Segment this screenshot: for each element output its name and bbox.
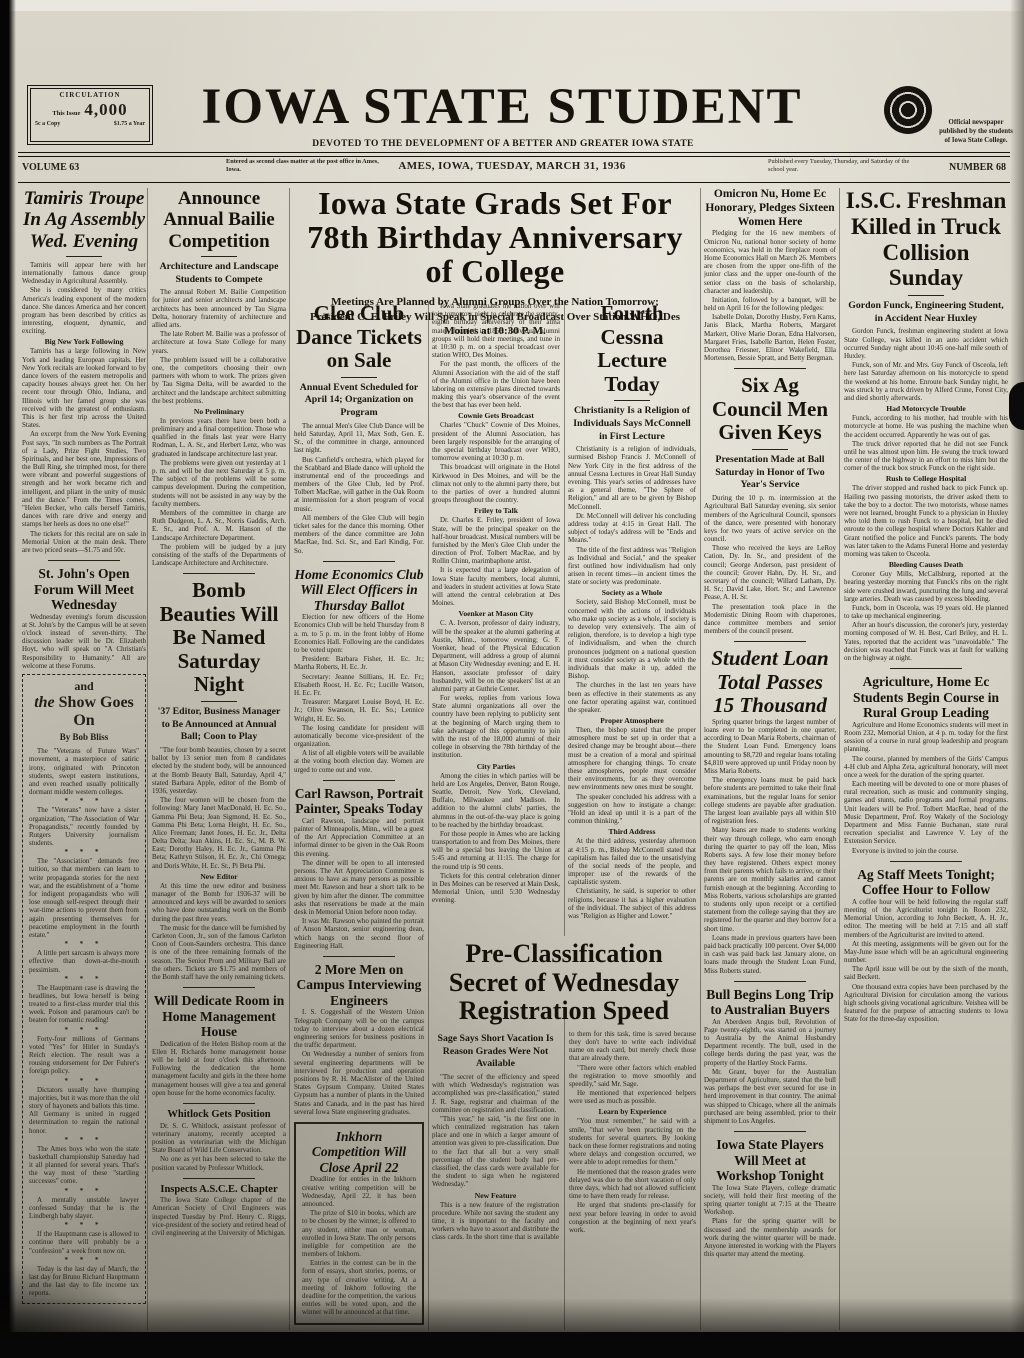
paragraph: C. A. Iverson, professor of dairy indust… [432,619,560,693]
column-divider [700,188,701,1330]
paragraph: Funck, born in Osceola, was 19 years old… [844,604,1008,620]
paragraph: It is expected that a large delegation o… [432,566,560,607]
paragraph: For the past month, the officers of the … [432,360,560,409]
paragraph: For weeks, replies from various Iowa Sta… [432,694,560,760]
article-body: Pledging for the 16 new members of Omicr… [704,229,836,362]
article-subhead: No Preliminary [152,407,286,416]
dateline: AMES, IOWA, TUESDAY, MARCH 31, 1936 [312,160,712,172]
paragraph: Tamiris will appear here with her intern… [22,261,146,286]
article-body: Christianity is a religion of individual… [568,445,696,920]
paragraph: Funck, according to his mother, had trou… [844,414,1008,439]
paragraph: Dedication of the Helen Bishop room at t… [152,1040,286,1097]
article-interviewing-engineers: 2 More Men on Campus Interviewing Engine… [294,962,424,1116]
article-subhead: Had Motorcycle Trouble [844,404,1008,413]
article-body: I. S. Coggeshall of the Western Union Te… [294,1008,424,1115]
article-carl-rawson: Carl Rawson, Portrait Painter, Speaks To… [294,786,424,950]
paragraph: Dr. Charles E. Friley, president of Iowa… [432,516,560,565]
paragraph: At this time the new editor and business… [152,882,286,923]
paragraph: Many loans are made to students working … [704,826,836,932]
article-headline: Omicron Nu, Home Ec Honorary, Pledges Si… [704,188,836,229]
paragraph: Isabelle Dolan, Dorothy Husby, Fern Karn… [704,313,836,362]
article-glee-club-dance: Glee Club Dance Tickets on Sale Annual E… [294,302,424,555]
article-headline: 2 More Men on Campus Interviewing Engine… [294,962,424,1009]
paragraph: Each meeting will be devoted to one or m… [844,780,1008,846]
paragraph: Secretary: Jeanne Stillians, H. Ec. Fr.;… [294,673,424,698]
paragraph: Wednesday evening's forum discussion at … [22,613,146,670]
article-body: The Iowa State College chapter of the Am… [152,1196,286,1237]
article-headline: Carl Rawson, Portrait Painter, Speaks To… [294,786,424,817]
paragraph: The "Association" demands free tuition, … [29,857,139,939]
article-subhead: Proper Atmosphere [568,716,696,725]
column-divider [428,302,429,1330]
column-divider [564,302,565,936]
article-body: Election for new officers of the Home Ec… [294,613,424,774]
article-body: An Aberdeen Angus bull, Revolution of Pa… [704,1018,836,1125]
circulation-issue-label: This Issue [52,110,80,117]
paragraph: Christianity, he said, is superior to ot… [568,887,696,920]
article-subhead: Cownie Gets Broadcast [432,411,560,420]
article-body: Wednesday evening's forum discussion at … [22,613,146,670]
article-divider [323,956,395,957]
head-rule [752,449,788,450]
article-body: Dedication of the Helen Bishop room at t… [152,1040,286,1097]
article-divider [890,861,962,862]
paragraph: The "Veterans" now have a sister organiz… [29,806,139,847]
article-body: Carl Rawson, landscape and portrait pain… [294,817,424,950]
article-body: Tamiris will appear here with her intern… [22,261,146,554]
column-title: the Show Goes On [29,694,139,729]
paragraph: The speaker concluded his address with a… [568,793,696,826]
article-headline: Home Economics Club Will Elect Officers … [294,567,424,614]
circulation-label: CIRCULATION [35,91,145,99]
article-headline: Tamiris Troupe In Ag Assembly Wed. Eveni… [22,188,146,252]
paragraph: He mentioned that the reason grades were… [569,1168,696,1201]
article-headline: Bull Begins Long Trip to Australian Buye… [704,987,836,1018]
masthead-rule [18,152,1010,157]
paragraph: Christianity is a religion of individual… [568,445,696,511]
circulation-issue-value: 4,000 [84,100,127,120]
paragraph: A little pert sarcasm is always more eff… [29,949,139,974]
article-headline: Inkhorn Competition Will Close April 22 [302,1129,416,1176]
paragraph: "This year," he said, "is the first one … [432,1115,559,1189]
paragraph: Members of the committee in charge are R… [152,509,286,542]
article-divider [183,573,255,574]
paragraph: Agriculture and Home Economics students … [844,721,1008,754]
article-headline: Whitlock Gets Position [152,1109,286,1122]
article-subhead: Bleeding Causes Death [844,560,1008,569]
number-label: NUMBER 68 [949,162,1006,173]
article-bomb-beauties: Bomb Beauties Will Be Named Saturday Nig… [152,579,286,981]
article-headline: Fourth Cessna Lecture Today [568,302,696,396]
paragraph: Treasurer: Margaret Louise Boyd, H. Ec. … [294,698,424,723]
article-divider [323,780,395,781]
paragraph: Charles "Chuck" Cownie of Des Moines, pr… [432,421,560,462]
article-deck: Gordon Funck, Engineering Student, in Ac… [846,300,1006,325]
head-rule [201,701,237,702]
paragraph: The problems were given out yesterday at… [152,459,286,508]
paragraph: Forty-four millions of Germans voted "Ye… [29,1035,139,1076]
article-subhead: New Feature [432,1191,559,1200]
paragraph: She is considered by many critics Americ… [22,286,146,335]
official-note: Official newspaper published by the stud… [938,118,1014,146]
article-subhead: Big New York Following [22,337,146,346]
paragraph: The Ames boys who won the state basketba… [29,1145,139,1186]
scan-edge-right [1010,0,1024,1358]
article-headline: Ag Staff Meets Tonight; Coffee Hour to F… [844,867,1008,898]
column-byline: By Bob Bliss [29,732,139,742]
paragraph: Carl Rawson, landscape and portrait pain… [294,817,424,858]
article-divider [734,368,806,369]
article-deck: Christianity Is a Religion of Individual… [570,405,694,443]
paragraph: Election for new officers of the Home Ec… [294,613,424,654]
stars-separator: * * * [29,1187,139,1195]
scan-edge-bottom [0,1332,1024,1358]
article-divider [183,1103,255,1104]
article-body: The annual Men's Glee Club Dance will be… [294,422,424,555]
head-rule [66,256,102,257]
paragraph: Tamiris has a large following in New Yor… [22,347,146,429]
paragraph: The music for the dance will be furnishe… [152,924,286,981]
paragraph: Iowa State graduates the nation over wil… [432,302,560,359]
stars-separator: * * * [29,1136,139,1144]
column-divider [147,188,148,1330]
paragraph: Tickets for this central celebration din… [432,872,560,905]
newspaper-title: IOWA STATE STUDENT [178,82,826,133]
paragraph: Among the cities in which parties will b… [432,772,560,829]
scan-blot [1009,382,1024,430]
column-body: The "Veterans of Future Wars" movement, … [29,747,139,1297]
paragraph: "You must remember," he said with a smil… [569,1117,696,1166]
paragraph: Bus Canfield's orchestra, which played f… [294,456,424,513]
article-divider [734,641,806,642]
article-subhead: City Parties [432,762,560,771]
paragraph: The problem will be judged by a jury con… [152,543,286,568]
head-rule [908,295,944,296]
article-bull-australia: Bull Begins Long Trip to Australian Buye… [704,987,836,1125]
article-headline: Inspects A.S.C.E. Chapter [152,1184,286,1197]
article-deck: Presentation Made at Ball Saturday in Ho… [706,454,834,492]
newspaper-tagline: DEVOTED TO THE DEVELOPMENT OF A BETTER A… [238,139,768,149]
article-body: The Iowa State Players, college dramatic… [704,1184,836,1259]
paragraph: One thousand extra copies have been purc… [844,983,1008,1024]
paragraph: The emergency loans must be paid back be… [704,776,836,825]
stars-separator: * * * [29,848,139,856]
article-headline: Six Ag Council Men Given Keys [704,374,836,445]
lead-story-body: Iowa State graduates the nation over wil… [432,302,560,905]
scan-top-band [0,0,1024,11]
article-body: Dr. S. C. Whitlock, assistant professor … [152,1122,286,1172]
scan-edge-left [0,0,16,1358]
article-subhead: Voenker at Mason City [432,609,560,618]
paragraph: On Wednesday a number of seniors from se… [294,1050,424,1116]
paragraph: The prize of $10 in books, which are to … [302,1209,416,1258]
article-student-loan: Student Loan Total Passes 15 Thousand Sp… [704,647,836,974]
article-headline: Bomb Beauties Will Be Named Saturday Nig… [152,579,286,697]
paragraph: The losing candidate for president will … [294,724,424,749]
article-st-johns-forum: St. John's Open Forum Will Meet Wednesda… [22,566,146,670]
column-5: Fourth Cessna Lecture Today Christianity… [568,302,696,938]
paragraph: A mentally unstable lawyer confessed Sun… [29,1196,139,1221]
paragraph: Everyone is invited to join the course. [844,847,1008,855]
article-body: The annual Robert M. Bailie Competition … [152,288,286,567]
paragraph: Gordon Funck, freshman engineering stude… [844,327,1008,360]
paragraph: The annual Men's Glee Club Dance will be… [294,422,424,455]
article-subhead: Society as a Whole [568,588,696,597]
article-headline: Student Loan Total Passes 15 Thousand [704,647,836,718]
article-deck: Sage Says Short Vacation Is Reason Grade… [434,1033,557,1071]
paragraph: Those who received the keys are LeRoy Ca… [704,544,836,601]
article-headline: Glee Club Dance Tickets on Sale [294,302,424,373]
column-6: Omicron Nu, Home Ec Honorary, Pledges Si… [704,188,836,1330]
paragraph: The April issue will be out by the sixth… [844,965,1008,981]
paragraph: The driver stopped and rushed back to pi… [844,484,1008,558]
paragraph: During the 10 p. m. intermission at the … [704,494,836,543]
published-note: Published every Tuesday, Thursday, and S… [768,158,926,174]
paragraph: It was Mr. Rawson who painted the portra… [294,917,424,950]
article-headline: Agriculture, Home Ec Students Begin Cour… [844,674,1008,721]
paragraph: All members of the Glee Club will begin … [294,514,424,555]
paragraph: Spring quarter brings the largest number… [704,718,836,775]
paragraph: Dr. McConnell will deliver his concludin… [568,512,696,545]
paragraph: Loans made in previous quarters have bee… [704,934,836,975]
article-headline: St. John's Open Forum Will Meet Wednesda… [22,566,146,613]
article-divider [183,987,255,988]
paragraph: Mr. Grant, buyer for the Australian Depa… [704,1068,836,1125]
article-divider [183,1178,255,1179]
stars-separator: * * * [29,940,139,948]
circulation-box: CIRCULATION This Issue 4,000 5c a Copy $… [30,88,150,142]
paragraph: The problem issued will be a collaborati… [152,356,286,405]
newspaper-page: CIRCULATION This Issue 4,000 5c a Copy $… [0,0,1024,1358]
paragraph: A list of all eligible voters will be av… [294,749,424,774]
paragraph: Dictators usually have thumping majoriti… [29,1086,139,1135]
paragraph: The course, planned by members of the Gi… [844,755,1008,780]
article-inspects-asce: Inspects A.S.C.E. Chapter The Iowa State… [152,1184,286,1238]
article-body: Sage Says Short Vacation Is Reason Grade… [432,1030,696,1242]
article-divider [323,561,395,562]
year-price: $1.75 a Year [114,121,145,127]
paragraph: The late Robert M. Bailie was a professo… [152,330,286,355]
paragraph: Deadline for entries in the Inkhorn crea… [302,1175,416,1208]
article-bailie-competition: Announce Annual Bailie Competition Archi… [152,188,286,567]
paragraph: No one as yet has been selected to take … [152,1155,286,1171]
stars-separator: * * * [29,1221,139,1229]
article-body: During the 10 p. m. intermission at the … [704,494,836,635]
paragraph: Funck, son of Mr. and Mrs. Guy Funck of … [844,361,1008,402]
column-show-goes-on: and the Show Goes On By Bob Bliss The "V… [22,674,146,1304]
paragraph: The truck driver reported that he did no… [844,440,1008,473]
article-home-ec-club-election: Home Economics Club Will Elect Officers … [294,567,424,774]
volume-label: VOLUME 63 [22,162,79,173]
article-body: Spring quarter brings the largest number… [704,718,836,975]
paragraph: The four women will be chosen from the f… [152,796,286,870]
paragraph: An excerpt from the New York Evening Pos… [22,430,146,528]
head-rule [614,400,650,401]
paragraph: Initiation, followed by a banquet, will … [704,296,836,312]
article-body: Gordon Funck, freshman engineering stude… [844,327,1008,662]
column-title-rest: Show Goes On [55,694,134,729]
article-subhead: Friley to Talk [432,506,560,515]
article-inkhorn-competition: Inkhorn Competition Will Close April 22 … [294,1122,424,1325]
paragraph: He mentioned that experienced helpers we… [569,1089,696,1105]
paragraph: The churches in the last ten years have … [568,681,696,714]
article-deck: '37 Editor, Business Manager to Be Annou… [154,706,284,744]
dateline-rule [18,182,1010,183]
article-divider [890,668,962,669]
paragraph: A coffee hour will be held following the… [844,898,1008,939]
paragraph: Society, said Bishop McConnell, must be … [568,598,696,680]
column-3: Glee Club Dance Tickets on Sale Annual E… [294,302,424,1330]
paragraph: "There were other factors which enabled … [569,1064,696,1089]
paragraph: The Iowa State College chapter of the Am… [152,1196,286,1237]
paragraph: For those people in Ames who are lacking… [432,830,560,871]
paragraph: Dr. S. C. Whitlock, assistant professor … [152,1122,286,1155]
paragraph: The presentation took place in the Moder… [704,603,836,636]
paragraph: "The four bomb beauties, chosen by a sec… [152,746,286,795]
paragraph: The tickets for this recital are on sale… [22,530,146,555]
article-divider [734,981,806,982]
paragraph: The "Veterans of Future Wars" movement, … [29,747,139,796]
article-headline: Announce Annual Bailie Competition [152,188,286,252]
paragraph: At this meeting, assignments will be giv… [844,940,1008,965]
column-title-top: and [29,679,139,694]
scan-bottom-fade [0,1298,1024,1332]
copy-price: 5c a Copy [35,121,60,127]
stars-separator: * * * [29,1026,139,1034]
article-subhead: New Editor [152,872,286,881]
paragraph: The annual Robert M. Bailie Competition … [152,288,286,329]
paragraph: The dinner will be open to all intereste… [294,859,424,916]
article-subhead: Third Address [568,827,696,836]
article-headline: I.S.C. Freshman Killed in Truck Collisio… [844,188,1008,291]
article-freshman-killed: I.S.C. Freshman Killed in Truck Collisio… [844,188,1008,662]
stars-separator: * * * [29,797,139,805]
paragraph: The Iowa State Players, college dramatic… [704,1184,836,1217]
article-six-ag-council: Six Ag Council Men Given Keys Presentati… [704,374,836,635]
article-divider [48,560,120,561]
article-pre-classification: Pre-Classification Secret of Wednesday R… [432,940,696,1332]
paragraph: Plans for the spring quarter will be dis… [704,1217,836,1258]
lead-headline: Iowa State Grads Set For 78th Birthday A… [294,186,696,289]
paragraph: The title of the first address was "Reli… [568,546,696,587]
article-rural-group-leading: Agriculture, Home Ec Students Begin Cour… [844,674,1008,855]
column-divider [289,188,290,1330]
article-subhead: Learn by Experience [569,1107,696,1116]
article-body: A coffee hour will be held following the… [844,898,1008,1024]
paragraph: Then, the bishop stated that the proper … [568,726,696,792]
article-cessna-lecture: Fourth Cessna Lecture Today Christianity… [568,302,696,920]
article-dedicate-room: Will Dedicate Room in Home Management Ho… [152,993,286,1097]
paragraph: This broadcast will originate in the Hot… [432,463,560,504]
article-headline: Will Dedicate Room in Home Management Ho… [152,993,286,1040]
head-rule [341,377,377,378]
column-7: I.S.C. Freshman Killed in Truck Collisio… [844,188,1008,1330]
paragraph: Coroner Guy Mills, McCallsburg, reported… [844,570,1008,603]
paragraph: If the Hauptmann case is allowed to cont… [29,1230,139,1255]
column-2: Announce Annual Bailie Competition Archi… [152,188,286,1330]
article-body: Agriculture and Home Economics students … [844,721,1008,855]
article-body: Deadline for entries in the Inkhorn crea… [302,1175,416,1316]
paragraph: In previous years there have been both a… [152,417,286,458]
article-subhead: Rush to College Hospital [844,474,1008,483]
article-headline: Pre-Classification Secret of Wednesday R… [432,940,696,1026]
article-whitlock-position: Whitlock Gets Position Dr. S. C. Whitloc… [152,1109,286,1172]
article-deck: Architecture and Landscape Students to C… [154,261,284,286]
column-divider [839,188,840,1330]
article-deck: Annual Event Scheduled for April 14; Org… [296,382,422,420]
paragraph: He urged that students pre-classify for … [569,1201,696,1234]
column-title-word: the [34,694,54,711]
article-headline: Iowa State Players Will Meet at Workshop… [704,1137,836,1184]
paragraph: Pledging for the 16 new members of Omicr… [704,229,836,295]
paragraph: At the third address, yesterday afternoo… [568,837,696,886]
stars-separator: * * * [29,975,139,983]
article-iowa-state-players: Iowa State Players Will Meet at Workshop… [704,1137,836,1258]
paragraph: President: Barbara Fisher, H. Ec. Jr.; M… [294,655,424,671]
article-ag-staff-meeting: Ag Staff Meets Tonight; Coffee Hour to F… [844,867,1008,1024]
head-rule [201,256,237,257]
paragraph: "The secret of the efficiency and speed … [432,1073,559,1114]
paragraph: The Hauptmann case is drawing the headli… [29,984,139,1025]
column-4-lead-story: Iowa State graduates the nation over wil… [432,302,560,938]
paragraph: After an hour's discussion, the coroner'… [844,621,1008,662]
paragraph: An Aberdeen Angus bull, Revolution of Pa… [704,1018,836,1067]
article-divider [734,1131,806,1132]
stars-separator: * * * [29,1077,139,1085]
college-seal-icon [884,86,932,134]
article-omicron-nu: Omicron Nu, Home Ec Honorary, Pledges Si… [704,188,836,362]
paragraph: I. S. Coggeshall of the Western Union Te… [294,1008,424,1049]
article-body: "The four bomb beauties, chosen by a sec… [152,746,286,981]
column-1: Tamiris Troupe In Ag Assembly Wed. Eveni… [22,188,146,1330]
article-tamiris-troupe: Tamiris Troupe In Ag Assembly Wed. Eveni… [22,188,146,554]
